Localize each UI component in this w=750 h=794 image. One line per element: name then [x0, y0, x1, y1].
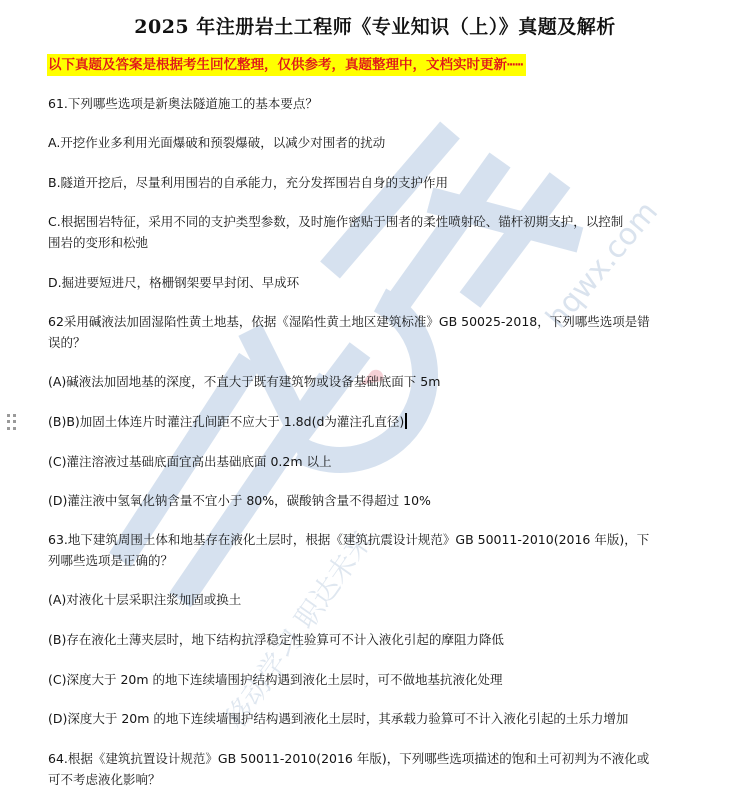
question-61-option-b: B.隧道开挖后，尽量利用围岩的自承能力，充分发挥围岩自身的支护作用	[48, 173, 448, 193]
question-61-option-c: C.根据围岩特征，采用不同的支护类型参数，及时施作密贴于围者的柔性喷射砼、锚杆初…	[48, 212, 623, 232]
question-62-option-c: (C)灌注溶液过基础底面宜高出基础底面 0.2m 以上	[48, 452, 332, 472]
question-64-stem: 64.根据《建筑抗置设计规范》GB 50011-2010(2016 年版)，下列…	[48, 749, 649, 769]
question-61-option-c-cont: 围岩的变形和松弛	[48, 233, 148, 253]
drag-handle-icon[interactable]	[7, 414, 17, 430]
notice-banner: 以下真题及答案是根据考生回忆整理，仅供参考，真题整理中，文档实时更新┅┅	[47, 54, 526, 76]
question-63-option-d: (D)深度大于 20m 的地下连续墙围护结构遇到液化土层时，其承载力验算可不计入…	[48, 709, 628, 729]
question-62-option-a: (A)碱液法加固地基的深度，不直大于既有建筑物或设备基础底面下 5m	[48, 372, 440, 392]
question-62-stem-cont: 误的？	[48, 333, 86, 353]
question-62-option-b[interactable]: (B)B)加固土体连片时灌注孔间距不应大于 1.8d(d为灌注孔直径)	[48, 412, 407, 432]
question-61-option-d: D.掘进要短进尺，格栅钢架要早封闭、早成环	[48, 273, 299, 293]
question-62-option-d: (D)灌注液中氢氧化钠含量不宜小于 80%，碳酸钠含量不得超过 10%	[48, 491, 431, 511]
document-title: 2025 年注册岩土工程师《专业知识（上）》真题及解析	[0, 12, 750, 39]
question-63-option-b: (B)存在液化土薄夹层时，地下结构抗浮稳定性验算可不计入液化引起的摩阻力降低	[48, 630, 504, 650]
text-cursor	[405, 413, 407, 429]
question-61-stem: 61.下列哪些选项是新奥法隧道施工的基本要点？	[48, 94, 318, 114]
question-62-stem: 62采用碱液法加固湿陷性黄土地基，依据《湿陷性黄土地区建筑标准》GB 50025…	[48, 312, 650, 332]
question-63-stem: 63.地下建筑周围土体和地基存在液化土层时，根据《建筑抗震设计规范》GB 500…	[48, 530, 649, 550]
question-61-option-a: A.开挖作业多利用光面爆破和预裂爆破，以减少对围者的扰动	[48, 133, 385, 153]
question-62-option-b-text: (B)B)加固土体连片时灌注孔间距不应大于 1.8d(d为灌注孔直径)	[48, 414, 404, 429]
question-63-option-c: (C)深度大于 20m 的地下连续墙围护结构遇到液化土层时，可不做地基抗液化处理	[48, 670, 503, 690]
question-63-stem-cont: 列哪些选项是正确的？	[48, 551, 173, 571]
document-page: hqwx.com 移动学习 职达未来 2025 年注册岩土工程师《专业知识（上）…	[0, 0, 750, 794]
question-63-option-a: (A)对液化十层采职注浆加固或换土	[48, 590, 241, 610]
question-64-stem-cont: 可不考虑液化影响？	[48, 770, 161, 790]
